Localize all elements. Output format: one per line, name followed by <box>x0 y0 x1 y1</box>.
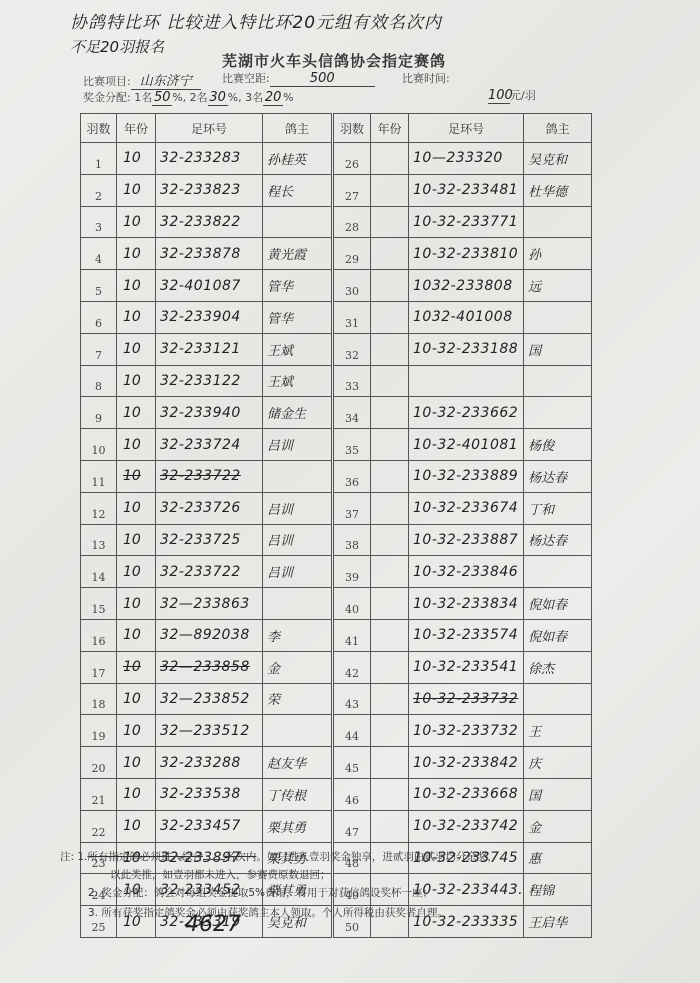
year-value-cell <box>371 397 409 429</box>
row-number: 15 <box>92 603 106 616</box>
prize-3-prefix: 3名 <box>245 91 263 104</box>
row-number-cell: 27 <box>333 174 371 206</box>
owner-name[interactable]: 吕训 <box>267 534 293 549</box>
ring-number-cell: 32—233863 <box>156 588 263 620</box>
ring-number[interactable]: 32-233283 <box>160 150 241 166</box>
row-number-cell: 18 <box>81 683 117 715</box>
owner-name[interactable]: 黄光霞 <box>267 248 306 263</box>
year-value[interactable]: 10 <box>123 278 141 294</box>
row-number-cell: 15 <box>81 588 117 620</box>
row-number: 17 <box>92 667 106 680</box>
row-number-cell: 11 <box>81 460 117 492</box>
ring-number-cell: 10-32-233842 <box>409 747 524 779</box>
row-number-cell: 43 <box>333 683 371 715</box>
owner-name-cell: 管华 <box>263 270 333 302</box>
entry-fee: 100元/羽 <box>488 87 536 104</box>
owner-name[interactable]: 王斌 <box>267 375 293 390</box>
ring-number[interactable]: 32-233722 <box>160 468 241 484</box>
ring-number-cell: 10-32-233668 <box>409 778 524 810</box>
year-value-cell: 10 <box>117 651 156 683</box>
ring-number-cell: 32-233904 <box>156 301 263 333</box>
owner-name-cell <box>263 460 333 492</box>
owner-name[interactable]: 丁传根 <box>267 789 306 804</box>
header-year: 年份 <box>371 114 409 143</box>
row-number: 35 <box>345 444 359 457</box>
owner-name-cell: 栗其勇 <box>263 810 333 842</box>
owner-name-cell <box>524 683 592 715</box>
ring-number-cell: 32-233121 <box>156 333 263 365</box>
ring-number[interactable]: 10-32-233742 <box>413 818 518 834</box>
owner-name-cell: 荣 <box>263 683 333 715</box>
owner-name-cell <box>263 588 333 620</box>
row-number: 6 <box>95 317 102 330</box>
owner-name[interactable]: 丁和 <box>528 503 554 518</box>
owner-name[interactable]: 倪如春 <box>528 598 567 613</box>
owner-name[interactable]: 杨俊 <box>528 439 554 454</box>
ring-number-cell: 32-233940 <box>156 397 263 429</box>
row-number-cell: 39 <box>333 556 371 588</box>
year-value-cell <box>371 524 409 556</box>
owner-name-cell: 国 <box>524 778 592 810</box>
owner-name[interactable]: 程锦 <box>528 884 554 899</box>
header-count: 羽数 <box>81 114 117 143</box>
year-value[interactable]: 10 <box>123 627 141 643</box>
ring-number-cell: 10—233320 <box>409 143 524 175</box>
row-number-cell: 38 <box>333 524 371 556</box>
table-row: 61032-233904管华311032-401008 <box>81 301 592 333</box>
race-distance-value[interactable]: 500 <box>310 71 335 86</box>
ring-number[interactable]: 32-233725 <box>160 532 241 548</box>
ring-number[interactable]: 32-233457 <box>160 818 241 834</box>
owner-name[interactable]: 倪如春 <box>528 630 567 645</box>
owner-name-cell: 倪如春 <box>524 588 592 620</box>
row-number: 4 <box>95 253 102 266</box>
ring-number[interactable]: 32-233726 <box>160 500 241 516</box>
year-value[interactable]: 10 <box>123 786 141 802</box>
ring-number[interactable]: 32—233858 <box>160 659 250 675</box>
owner-name-cell: 吕训 <box>263 556 333 588</box>
owner-name-cell: 孙 <box>524 238 592 270</box>
ring-number[interactable]: 32—233863 <box>160 596 250 612</box>
year-value-cell: 10 <box>117 810 156 842</box>
owner-name[interactable]: 孙桂英 <box>267 153 306 168</box>
row-number-cell: 3 <box>81 206 117 238</box>
row-number-cell: 14 <box>81 556 117 588</box>
row-number-cell: 37 <box>333 492 371 524</box>
table-row: 131032-233725吕训3810-32-233887杨达春 <box>81 524 592 556</box>
row-number: 38 <box>345 539 359 552</box>
owner-name[interactable]: 管华 <box>267 312 293 327</box>
ring-number[interactable]: 32-233940 <box>160 405 241 421</box>
owner-name[interactable]: 赵友华 <box>267 757 306 772</box>
handwritten-signature-number: 4627 <box>185 912 241 937</box>
row-number: 44 <box>345 730 359 743</box>
owner-name[interactable]: 惠 <box>528 852 541 867</box>
prize-2-value[interactable]: 30 <box>209 90 226 105</box>
header-ring: 足环号 <box>409 114 524 143</box>
row-number-cell: 19 <box>81 715 117 747</box>
table-row: 51032-401087管华301032-233808远 <box>81 270 592 302</box>
year-value[interactable]: 10 <box>123 691 141 707</box>
year-value-cell <box>371 206 409 238</box>
owner-name-cell: 王斌 <box>263 365 333 397</box>
row-number: 3 <box>95 221 102 234</box>
row-number: 12 <box>92 508 106 521</box>
year-value-cell: 10 <box>117 492 156 524</box>
row-number-cell: 31 <box>333 301 371 333</box>
year-value[interactable]: 10 <box>123 564 141 580</box>
ring-number-cell: 10-32-233481 <box>409 174 524 206</box>
row-number: 7 <box>95 349 102 362</box>
row-number: 16 <box>92 635 106 648</box>
owner-name[interactable]: 杜华德 <box>528 185 567 200</box>
ring-number[interactable]: 10-32-233889 <box>413 468 518 484</box>
ring-number[interactable]: 10-32-233810 <box>413 246 518 262</box>
year-value[interactable]: 10 <box>123 818 141 834</box>
year-value-cell <box>371 270 409 302</box>
ring-number-cell: 32-233283 <box>156 143 263 175</box>
owner-name[interactable]: 王启华 <box>528 916 567 931</box>
ring-number[interactable]: 10-32-233481 <box>413 182 518 198</box>
owner-name-cell: 吕训 <box>263 492 333 524</box>
row-number-cell: 5 <box>81 270 117 302</box>
ring-number-cell: 10-32-233846 <box>409 556 524 588</box>
header-year: 年份 <box>117 114 156 143</box>
owner-name-cell <box>524 365 592 397</box>
header-ring: 足环号 <box>156 114 263 143</box>
row-number-cell: 9 <box>81 397 117 429</box>
row-number-cell: 47 <box>333 810 371 842</box>
year-value-cell: 10 <box>117 460 156 492</box>
table-row: 111032-2337223610-32-233889杨达春 <box>81 460 592 492</box>
ring-number-cell: 10-32-401081 <box>409 429 524 461</box>
owner-name-cell: 远 <box>524 270 592 302</box>
ring-number[interactable]: 1032-401008 <box>413 309 513 325</box>
ring-number-cell: 32-233457 <box>156 810 263 842</box>
year-value[interactable]: 10 <box>123 659 141 675</box>
prize-2-suffix: %, <box>228 91 242 104</box>
owner-name[interactable]: 杨达春 <box>528 534 567 549</box>
year-value[interactable]: 10 <box>123 246 141 262</box>
year-value[interactable]: 10 <box>123 755 141 771</box>
owner-name[interactable]: 国 <box>528 789 541 804</box>
owner-name-cell: 程锦 <box>524 874 592 906</box>
row-number: 26 <box>345 158 359 171</box>
owner-name-cell: 国 <box>524 333 592 365</box>
ring-number[interactable]: 10-32-233662 <box>413 405 518 421</box>
ring-number-cell: 32-233726 <box>156 492 263 524</box>
table-row: 121032-233726吕训3710-32-233674丁和 <box>81 492 592 524</box>
year-value[interactable]: 10 <box>123 596 141 612</box>
table-row: 71032-233121王斌3210-32-233188国 <box>81 333 592 365</box>
table-row: 101032-233724吕训3510-32-401081杨俊 <box>81 429 592 461</box>
year-value-cell: 10 <box>117 429 156 461</box>
ring-number[interactable]: 10-32-233846 <box>413 564 518 580</box>
row-number: 42 <box>345 667 359 680</box>
row-number-cell: 13 <box>81 524 117 556</box>
owner-name-cell <box>263 206 333 238</box>
ring-number-cell: 10-32-233188 <box>409 333 524 365</box>
table-row: 161032—892038李4110-32-233574倪如春 <box>81 619 592 651</box>
row-number: 40 <box>345 603 359 616</box>
ring-number[interactable]: 32-233722 <box>160 564 241 580</box>
owner-name[interactable]: 徐杰 <box>528 662 554 677</box>
ring-number-cell: 10-32-233574 <box>409 619 524 651</box>
ring-number[interactable]: 32-233823 <box>160 182 241 198</box>
row-number: 33 <box>345 380 359 393</box>
year-value-cell: 10 <box>117 333 156 365</box>
owner-name[interactable]: 吕训 <box>267 566 293 581</box>
table-row: 201032-233288赵友华4510-32-233842庆 <box>81 747 592 779</box>
ring-number[interactable]: 32-233122 <box>160 373 241 389</box>
table-row: 171032—233858金4210-32-233541徐杰 <box>81 651 592 683</box>
ring-number[interactable]: 10-32-233541 <box>413 659 518 675</box>
owner-name-cell: 倪如春 <box>524 619 592 651</box>
row-number: 10 <box>92 444 106 457</box>
ring-number[interactable]: 10-32-233834 <box>413 596 518 612</box>
year-value-cell <box>371 810 409 842</box>
prize-label: 奖金分配: <box>83 91 131 104</box>
header-owner: 鸽主 <box>263 114 333 143</box>
footnote-2: 2. 奖金分配：鸽会对每组奖金提取5%费用，将用于对获信鸽设奖杯一座； <box>60 884 498 902</box>
row-number: 43 <box>345 698 359 711</box>
ring-number-cell: 32-233878 <box>156 238 263 270</box>
form-paper: 协鸽特比环 比较进入特比环20元组有效名次内 不足20羽报名 芜湖市火车头信鸽协… <box>0 0 700 983</box>
year-value-cell <box>371 556 409 588</box>
footnote-1-rest: 。如只进入壹羽奖金独享，进贰羽由贰羽均分余奖， <box>256 851 498 863</box>
owner-name[interactable]: 荣 <box>267 693 280 708</box>
footnotes: 注: 1.所有指定鸽必须进入综合名次内。如只进入壹羽奖金独享，进贰羽由贰羽均分余… <box>60 848 498 922</box>
race-item-field: 比赛项目:山东济宁 <box>83 70 201 90</box>
table-row: 141032-233722吕训3910-32-233846 <box>81 556 592 588</box>
owner-name-cell: 徐杰 <box>524 651 592 683</box>
ring-number[interactable]: 10-32-233732 <box>413 691 518 707</box>
year-value[interactable]: 10 <box>123 214 141 230</box>
row-number-cell: 8 <box>81 365 117 397</box>
row-number-cell: 4 <box>81 238 117 270</box>
year-value[interactable]: 10 <box>123 309 141 325</box>
ring-number[interactable]: 10-32-233674 <box>413 500 518 516</box>
owner-name-cell: 王启华 <box>524 906 592 938</box>
year-value-cell <box>371 301 409 333</box>
row-number-cell: 7 <box>81 333 117 365</box>
table-row: 21032-233823程长2710-32-233481杜华德 <box>81 174 592 206</box>
ring-number[interactable]: 10-32-401081 <box>413 437 518 453</box>
row-number: 19 <box>92 730 106 743</box>
year-value-cell: 10 <box>117 715 156 747</box>
year-value-cell: 10 <box>117 301 156 333</box>
owner-name-cell <box>263 715 333 747</box>
owner-name-cell: 王斌 <box>263 333 333 365</box>
year-value[interactable]: 10 <box>123 437 141 453</box>
prize-3-value[interactable]: 20 <box>265 90 282 105</box>
year-value[interactable]: 10 <box>123 341 141 357</box>
year-value-cell: 10 <box>117 238 156 270</box>
table-row: 211032-233538丁传根4610-32-233668国 <box>81 778 592 810</box>
year-value-cell: 10 <box>117 397 156 429</box>
ring-number[interactable]: 10-32-233842 <box>413 755 518 771</box>
owner-name-cell: 吕训 <box>263 524 333 556</box>
ring-number-cell: 32-233122 <box>156 365 263 397</box>
row-number: 46 <box>345 794 359 807</box>
ring-number[interactable]: 32—233512 <box>160 723 250 739</box>
row-number: 28 <box>345 221 359 234</box>
owner-name-cell: 吕训 <box>263 429 333 461</box>
ring-number-cell: 32-233823 <box>156 174 263 206</box>
ring-number[interactable]: 32-233288 <box>160 755 241 771</box>
table-row: 31032-2338222810-32-233771 <box>81 206 592 238</box>
ring-number-cell: 10-32-233732 <box>409 715 524 747</box>
owner-name-cell: 庆 <box>524 747 592 779</box>
year-value-cell <box>371 683 409 715</box>
ring-number[interactable]: 1032-233808 <box>413 278 513 294</box>
owner-name[interactable]: 吴克和 <box>528 153 567 168</box>
year-value-cell <box>371 715 409 747</box>
header-count: 羽数 <box>333 114 371 143</box>
race-item-label: 比赛项目: <box>83 75 131 88</box>
year-value-cell <box>371 333 409 365</box>
footnote-1-struck: 所有指定鸽必须进入综合 <box>87 851 203 863</box>
table-row: 11032-233283孙桂英2610—233320吴克和 <box>81 143 592 175</box>
ring-number[interactable]: 10-32-233574 <box>413 627 518 643</box>
ring-number-cell: 32—233858 <box>156 651 263 683</box>
owner-name-cell: 丁和 <box>524 492 592 524</box>
owner-name[interactable]: 远 <box>528 280 541 295</box>
year-value[interactable]: 10 <box>123 500 141 516</box>
owner-name-cell: 黄光霞 <box>263 238 333 270</box>
row-number: 13 <box>92 539 106 552</box>
ring-number-cell: 32-233722 <box>156 460 263 492</box>
prize-1-value[interactable]: 50 <box>154 90 171 105</box>
ring-number[interactable]: 10-32-233732 <box>413 723 518 739</box>
table-row: 41032-233878黄光霞2910-32-233810孙 <box>81 238 592 270</box>
row-number-cell: 29 <box>333 238 371 270</box>
owner-name-cell: 王 <box>524 715 592 747</box>
owner-name-cell: 金 <box>524 810 592 842</box>
table-row: 181032—233852荣4310-32-233732 <box>81 683 592 715</box>
owner-name[interactable]: 吕训 <box>267 439 293 454</box>
ring-number-cell: 32-233725 <box>156 524 263 556</box>
ring-number-cell: 10-32-233541 <box>409 651 524 683</box>
header-owner: 鸽主 <box>524 114 592 143</box>
ring-number[interactable]: 32-401087 <box>160 278 241 294</box>
row-number: 37 <box>345 508 359 521</box>
ring-number[interactable]: 10-32-233887 <box>413 532 518 548</box>
owner-name[interactable]: 庆 <box>528 757 541 772</box>
row-number-cell: 6 <box>81 301 117 333</box>
owner-name[interactable]: 程长 <box>267 185 293 200</box>
owner-name-cell <box>524 206 592 238</box>
row-number-cell: 22 <box>81 810 117 842</box>
year-value-cell <box>371 143 409 175</box>
owner-name-cell <box>524 301 592 333</box>
row-number: 50 <box>345 921 359 934</box>
owner-name[interactable]: 储金生 <box>267 407 306 422</box>
ring-number[interactable]: 32-233538 <box>160 786 241 802</box>
owner-name[interactable]: 孙 <box>528 248 541 263</box>
year-value[interactable]: 10 <box>123 182 141 198</box>
ring-number[interactable]: 32—892038 <box>160 627 250 643</box>
year-value-cell: 10 <box>117 206 156 238</box>
ring-number[interactable]: 32—233852 <box>160 691 250 707</box>
owner-name[interactable]: 国 <box>528 344 541 359</box>
race-time-label: 比赛时间: <box>402 72 450 85</box>
row-number-cell: 35 <box>333 429 371 461</box>
ring-number[interactable]: 32-233822 <box>160 214 241 230</box>
race-time-field: 比赛时间: <box>402 70 450 86</box>
year-value[interactable]: 10 <box>123 405 141 421</box>
year-value-cell: 10 <box>117 747 156 779</box>
ring-number[interactable]: 32-233904 <box>160 309 241 325</box>
row-number-cell: 16 <box>81 619 117 651</box>
ring-number[interactable]: 32-233878 <box>160 246 241 262</box>
row-number-cell: 26 <box>333 143 371 175</box>
owner-name[interactable]: 栗其勇 <box>267 821 306 836</box>
ring-number-cell: 32-233724 <box>156 429 263 461</box>
ring-number-cell: 10-32-233742 <box>409 810 524 842</box>
year-value-cell: 10 <box>117 556 156 588</box>
ring-number[interactable]: 10-32-233668 <box>413 786 518 802</box>
ring-number[interactable]: 10-32-233188 <box>413 341 518 357</box>
row-number: 27 <box>345 190 359 203</box>
owner-name-cell: 杨达春 <box>524 524 592 556</box>
row-number-cell: 2 <box>81 174 117 206</box>
owner-name[interactable]: 王斌 <box>267 344 293 359</box>
year-value-cell: 10 <box>117 619 156 651</box>
footnote-3: 3. 所有获奖指定鸽奖金必须由获奖鸽主本人领取。个人所得税由获奖者自理。 <box>60 904 498 922</box>
owner-name[interactable]: 杨达春 <box>528 471 567 486</box>
row-number-cell: 12 <box>81 492 117 524</box>
year-value-cell: 10 <box>117 524 156 556</box>
row-number-cell: 33 <box>333 365 371 397</box>
ring-number-cell: 1032-401008 <box>409 301 524 333</box>
owner-name[interactable]: 管华 <box>267 280 293 295</box>
ring-number[interactable]: 32-233121 <box>160 341 241 357</box>
row-number: 5 <box>95 285 102 298</box>
owner-name[interactable]: 王 <box>528 725 541 740</box>
ring-number[interactable]: 32-233724 <box>160 437 241 453</box>
owner-name-cell: 管华 <box>263 301 333 333</box>
ring-number[interactable]: 10—233320 <box>413 150 503 166</box>
owner-name-cell: 李 <box>263 619 333 651</box>
race-item-value[interactable]: 山东济宁 <box>140 74 192 89</box>
ring-number[interactable]: 10-32-233771 <box>413 214 518 230</box>
ring-number-cell: 32-401087 <box>156 270 263 302</box>
row-number-cell: 45 <box>333 747 371 779</box>
owner-name[interactable]: 金 <box>267 662 280 677</box>
year-value[interactable]: 10 <box>123 373 141 389</box>
row-number-cell: 44 <box>333 715 371 747</box>
owner-name[interactable]: 李 <box>267 630 280 645</box>
prize-1-prefix: 1名 <box>134 91 152 104</box>
year-value[interactable]: 10 <box>123 468 141 484</box>
row-number-cell: 20 <box>81 747 117 779</box>
year-value[interactable]: 10 <box>123 532 141 548</box>
row-number: 32 <box>345 349 359 362</box>
owner-name[interactable]: 金 <box>528 821 541 836</box>
row-number: 39 <box>345 571 359 584</box>
row-number: 22 <box>92 826 106 839</box>
ring-number-cell: 10-32-233834 <box>409 588 524 620</box>
year-value[interactable]: 10 <box>123 723 141 739</box>
row-number: 2 <box>95 190 102 203</box>
owner-name[interactable]: 吕训 <box>267 503 293 518</box>
row-number-cell: 30 <box>333 270 371 302</box>
ring-number-cell: 32—233512 <box>156 715 263 747</box>
table-row: 191032—2335124410-32-233732王 <box>81 715 592 747</box>
row-number-cell: 40 <box>333 588 371 620</box>
year-value[interactable]: 10 <box>123 150 141 166</box>
